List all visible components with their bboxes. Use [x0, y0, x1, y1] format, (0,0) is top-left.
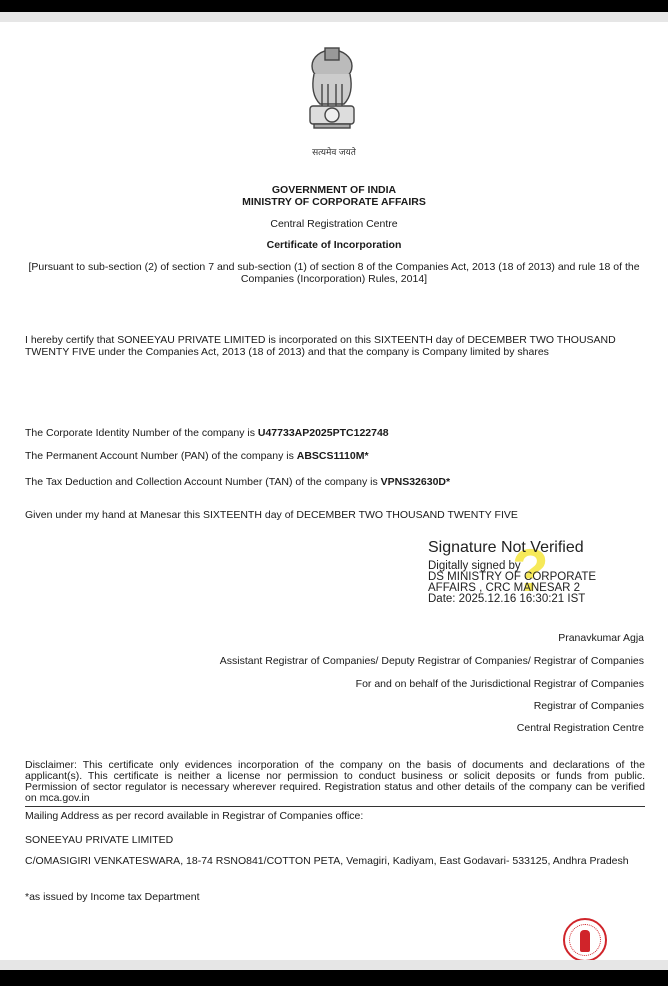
- mca-seal-icon: [563, 918, 607, 962]
- registrar-designation: Assistant Registrar of Companies/ Deputy…: [220, 655, 644, 667]
- cin-line: The Corporate Identity Number of the com…: [25, 427, 389, 439]
- cin-value: U47733AP2025PTC122748: [258, 427, 389, 439]
- pan-line: The Permanent Account Number (PAN) of th…: [25, 450, 369, 462]
- registrar-behalf: For and on behalf of the Jurisdictional …: [356, 678, 644, 690]
- emblem-motto: सत्यमेव जयते: [0, 145, 668, 158]
- top-gray-strip: [0, 12, 668, 22]
- digital-signature-block[interactable]: ? Signature Not Verified Digitally signe…: [428, 539, 648, 605]
- bottom-black-bar: [0, 970, 668, 986]
- bottom-gray-strip: [0, 960, 668, 970]
- tan-line: The Tax Deduction and Collection Account…: [25, 476, 450, 488]
- signature-date: Date: 2025.12.16 16:30:21 IST: [428, 594, 648, 605]
- divider: [25, 806, 645, 807]
- registrar-centre: Central Registration Centre: [517, 722, 644, 734]
- footnote: *as issued by Income tax Department: [25, 891, 200, 903]
- government-heading: GOVERNMENT OF INDIA MINISTRY OF CORPORAT…: [0, 184, 668, 208]
- registrar-name: Pranavkumar Agja: [558, 632, 644, 644]
- certification-paragraph: I hereby certify that SONEEYAU PRIVATE L…: [25, 335, 625, 358]
- given-under-line: Given under my hand at Manesar this SIXT…: [25, 509, 518, 521]
- certificate-title: Certificate of Incorporation: [0, 239, 668, 251]
- disclaimer-text: Disclaimer: This certificate only eviden…: [25, 760, 645, 804]
- certificate-page: [0, 22, 668, 972]
- tan-value: VPNS32630D*: [381, 476, 450, 488]
- signature-details: Digitally signed by DS MINISTRY OF CORPO…: [428, 561, 648, 605]
- pursuant-clause: [Pursuant to sub-section (2) of section …: [0, 261, 668, 285]
- tan-label: The Tax Deduction and Collection Account…: [25, 476, 381, 488]
- signature-status: Signature Not Verified: [428, 539, 648, 557]
- mailing-address-label: Mailing Address as per record available …: [25, 810, 363, 822]
- registrar-office: Registrar of Companies: [534, 700, 644, 712]
- cin-label: The Corporate Identity Number of the com…: [25, 427, 258, 439]
- government-name: GOVERNMENT OF INDIA: [0, 184, 668, 196]
- ministry-name: MINISTRY OF CORPORATE AFFAIRS: [0, 196, 668, 208]
- pan-value: ABSCS1110M*: [297, 450, 369, 462]
- office-name: Central Registration Centre: [0, 218, 668, 230]
- top-black-bar: [0, 0, 668, 12]
- company-name: SONEEYAU PRIVATE LIMITED: [25, 834, 173, 846]
- pan-label: The Permanent Account Number (PAN) of th…: [25, 450, 297, 462]
- national-emblem-icon: [300, 44, 364, 140]
- company-address: C/OMASIGIRI VENKATESWARA, 18-74 RSNO841/…: [25, 856, 645, 867]
